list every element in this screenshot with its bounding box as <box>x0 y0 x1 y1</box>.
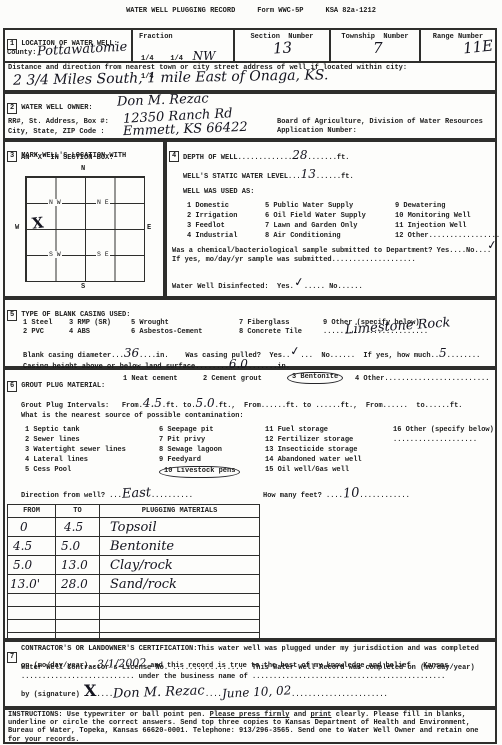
grout-option-4: 4 Other......................... <box>355 375 489 384</box>
county-label: County: <box>7 49 36 58</box>
casing-option: 7 Fiberglass <box>239 319 289 328</box>
plug-to: 28.0 <box>56 577 88 591</box>
grout-intervals-mid: .ft. to. <box>162 402 196 410</box>
how-many-feet-value: 10 <box>342 487 359 500</box>
form-statute: KSA 82a-1212 <box>326 7 376 16</box>
grout-option-1: 1 Neat cement <box>123 375 178 384</box>
casing-option: 2 PVC <box>23 328 44 337</box>
casing-pulled-yes-checkmark: ✓ <box>290 345 301 356</box>
direction-dots: .......... <box>151 492 193 500</box>
static-level-units: ......ft. <box>316 173 354 181</box>
used-as-option: 1 Domestic <box>187 202 265 211</box>
plug-from: 4.5 <box>8 539 32 553</box>
chemical-sample-question: Was a chemical/bacteriological sample su… <box>172 247 491 256</box>
table-row <box>8 607 260 620</box>
casing-pulled-amount-value: 5 <box>439 346 447 360</box>
contamination-option: 8 Sewage lagoon <box>159 446 265 455</box>
section-7-certification: 7 CONTRACTOR'S OR LANDOWNER'S CERTIFICAT… <box>3 640 497 708</box>
certification-line3: Water Well Contractor's License No. ....… <box>21 664 475 673</box>
grout-option-3-circled: 3 Bentonite <box>287 372 343 384</box>
section-6-badge: 6 <box>7 381 17 392</box>
used-as-option: 12 Other................. <box>395 232 500 241</box>
contamination-option-10-circled: 10 Livestock pens <box>159 466 240 478</box>
fraction-cell: Fraction 1/4 1/4 NW 1/4 <box>133 30 235 61</box>
contamination-option: 1 Septic tank <box>25 426 159 435</box>
grout-interval-to-value: 5.0 <box>196 396 215 410</box>
used-as-option: 5 Public Water Supply <box>265 202 395 211</box>
plug-material: Bentonite <box>100 539 174 554</box>
disinfected-no-label: ..... No...... <box>304 283 363 291</box>
county-value: Pottawatomie <box>37 42 128 59</box>
section-7-badge: 7 <box>7 652 17 663</box>
fraction-pre: 1/4 1/4 <box>141 55 183 63</box>
section-number-value: 13 <box>273 41 293 54</box>
casing-option: 4 ABS <box>69 328 90 337</box>
compass-w-label: W <box>15 224 19 233</box>
contamination-title: What is the nearest source of possible c… <box>21 412 244 421</box>
contamination-option: 2 Sewer lines <box>25 436 159 445</box>
contamination-option: 5 Cess Pool <box>25 466 159 478</box>
contamination-option: 15 Oil well/Gas well <box>265 466 393 478</box>
form-title: WATER WELL PLUGGING RECORD <box>126 7 235 16</box>
section-2-badge: 2 <box>7 103 17 114</box>
instructions-underlined-2: print <box>310 711 331 719</box>
instructions-pre: INSTRUCTIONS: Use typewriter or ball poi… <box>8 711 210 719</box>
used-as-option: 10 Monitoring Well <box>395 212 500 221</box>
section-3-title-line2: AN "X" IN SECTION BOX: <box>21 154 113 163</box>
table-row: 4.5 5.0 Bentonite <box>8 537 260 556</box>
signature-label: by (signature) <box>21 691 84 699</box>
grid-ne-label: N E <box>96 199 110 206</box>
table-row <box>8 620 260 633</box>
signature-dots: ....................... <box>291 691 388 699</box>
contamination-list: 1 Septic tank 6 Seepage pit 11 Fuel stor… <box>25 426 491 478</box>
city-state-zip-value: Emmett, KS 66422 <box>123 122 248 138</box>
plug-from: 0 <box>8 520 28 534</box>
sample-date-line: If yes, mo/day/yr sample was submitted..… <box>172 256 416 265</box>
used-as-option: 4 Industrial <box>187 232 265 241</box>
section-5-title: TYPE OF BLANK CASING USED: <box>21 311 130 319</box>
contamination-option: 11 Fuel storage <box>265 426 393 435</box>
grout-intervals-rest: .ft., From......ft. to ......ft., From..… <box>215 402 463 410</box>
how-many-feet-label: How many feet? .... <box>263 492 343 500</box>
compass-n-label: N <box>81 165 85 174</box>
used-as-option: 9 Dewatering <box>395 202 500 211</box>
plug-material: Clay/rock <box>100 558 173 573</box>
plug-material: Topsoil <box>100 520 157 535</box>
section-box-grid: N W N E S W S E X <box>25 176 145 282</box>
depth-units: .......ft. <box>308 154 350 162</box>
section-1-location: 1LOCATION OF WATER WELL: County: Pottawa… <box>3 28 497 92</box>
disinfected-label: Water Well Disinfected: Yes. <box>172 283 294 291</box>
signature-x-mark: X <box>84 681 96 700</box>
used-as-option: 3 Feedlot <box>187 222 265 231</box>
section-3-location-grid: 3MARK WELL'S LOCATION WITH AN "X" IN SEC… <box>3 140 165 298</box>
range-value: 11E <box>462 39 493 54</box>
instructions-text: INSTRUCTIONS: Use typewriter or ball poi… <box>5 710 495 745</box>
section-5-casing: 5TYPE OF BLANK CASING USED: 1 Steel 3 RM… <box>3 298 497 368</box>
plug-from: 13.0' <box>8 577 40 591</box>
grid-sw-label: S W <box>48 251 62 258</box>
contamination-option: 16 Other (specify below) <box>393 426 494 435</box>
board-line1: Board of Agriculture, Division of Water … <box>277 118 483 127</box>
address-label: RR#, St. Address, Box #: <box>8 118 109 127</box>
contamination-option: 4 Lateral lines <box>25 456 159 465</box>
contamination-option: 9 Feedyard <box>159 456 265 465</box>
compass-s-label: S <box>81 283 85 292</box>
section-2-owner: 2WATER WELL OWNER: Don M. Rezac RR#, St.… <box>3 92 497 140</box>
used-as-option: 6 Oil Field Water Supply <box>265 212 395 221</box>
grid-nw-label: N W <box>48 199 62 206</box>
chemical-sample-no-checkmark: ✓ <box>486 239 497 250</box>
scanned-form-page: WATER WELL PLUGGING RECORD Form WWC-5P K… <box>0 0 502 745</box>
signature-value: Don M. Rezac <box>113 685 205 700</box>
range-cell: Range Number 11E <box>421 30 495 61</box>
grout-material-label: GROUT PLUG MATERIAL: <box>21 382 105 390</box>
plugging-table: FROM TO PLUGGING MATERIALS 0 4.5 Topsoil… <box>7 504 260 646</box>
grout-option-2: 2 Cement grout <box>203 375 262 384</box>
plug-to: 4.5 <box>56 520 83 534</box>
plug-from: 5.0 <box>8 558 32 572</box>
plug-to: 13.0 <box>56 558 88 572</box>
section-6-grout-plug: 6GROUT PLUG MATERIAL: 1 Neat cement 2 Ce… <box>3 368 497 640</box>
contamination-option: 12 Fertilizer storage <box>265 436 393 445</box>
casing-option: 6 Asbestos-Cement <box>131 328 202 337</box>
used-as-list: 1 Domestic 5 Public Water Supply 9 Dewat… <box>187 202 487 241</box>
contamination-option <box>393 446 494 455</box>
used-as-option: 8 Air Conditioning <box>265 232 395 241</box>
section-4-badge: 4 <box>169 151 179 162</box>
depth-value: 28 <box>292 148 307 162</box>
application-number-label: Application Number: <box>277 127 357 136</box>
plugging-table-header-to: TO <box>56 505 100 518</box>
casing-option: 5 Wrought <box>131 319 169 328</box>
instructions-box: INSTRUCTIONS: Use typewriter or ball poi… <box>3 708 497 744</box>
fraction-label: Fraction <box>139 33 173 42</box>
disinfected-yes-checkmark: ✓ <box>293 276 304 287</box>
plug-material: Sand/rock <box>100 577 177 592</box>
distance-value: 2 3/4 Miles South, 1 mile East of Onaga,… <box>13 69 329 87</box>
plug-to: 5.0 <box>56 539 80 553</box>
casing-pulled-amount-dots: ........ <box>447 352 481 360</box>
contamination-option: 3 Watertight sewer lines <box>25 446 159 455</box>
used-as-option: 2 Irrigation <box>187 212 265 221</box>
contamination-option: 14 Abandoned water well <box>265 456 393 465</box>
contamination-option: 13 Insecticide storage <box>265 446 393 455</box>
city-state-zip-label: City, State, ZIP Code : <box>8 128 105 137</box>
location-cell: 1LOCATION OF WATER WELL: County: Pottawa… <box>5 30 133 61</box>
instructions-mid: and <box>289 711 310 719</box>
direction-from-well-value: East <box>122 487 152 501</box>
owner-label: WATER WELL OWNER: <box>21 104 92 112</box>
contamination-option: 7 Pit privy <box>159 436 265 445</box>
depth-label: DEPTH OF WELL............. <box>183 154 292 162</box>
used-as-title: WELL WAS USED AS: <box>183 188 254 197</box>
contamination-option <box>393 466 494 478</box>
plugging-table-header-materials: PLUGGING MATERIALS <box>100 505 260 518</box>
certification-line1: CONTRACTOR'S OR LANDOWNER'S CERTIFICATIO… <box>21 645 479 654</box>
direction-from-well-label: Direction from well? ... <box>21 492 122 500</box>
table-row <box>8 594 260 607</box>
fraction-handwritten: NW <box>193 49 216 63</box>
section-number-cell: Section Number 13 <box>235 30 331 61</box>
grid-se-label: S E <box>96 251 110 258</box>
form-title-row: WATER WELL PLUGGING RECORD Form WWC-5P K… <box>0 7 502 16</box>
township-cell: Township Number 7 <box>331 30 421 61</box>
used-as-option: 11 Injection Well <box>395 222 500 231</box>
how-many-feet-dots: ............ <box>359 492 409 500</box>
section-3-badge: 3 <box>7 151 17 162</box>
used-as-option: 7 Lawn and Garden Only <box>265 222 395 231</box>
casing-option: 8 Concrete Tile <box>239 328 302 337</box>
casing-option: 1 Steel <box>23 319 52 328</box>
township-value: 7 <box>373 42 383 54</box>
table-row: 5.0 13.0 Clay/rock <box>8 556 260 575</box>
instructions-underlined-1: Please press firmly <box>210 711 290 719</box>
contamination-other-dots: .................... <box>393 436 494 445</box>
table-row: 13.0' 28.0 Sand/rock <box>8 575 260 594</box>
casing-option: 3 RMP (SR) <box>69 319 111 328</box>
compass-e-label: E <box>147 224 151 233</box>
well-location-x-mark: X <box>31 216 44 229</box>
static-level-value: 13 <box>301 167 316 181</box>
distance-row: Distance and direction from nearest town… <box>5 63 495 92</box>
plugging-table-header-from: FROM <box>8 505 56 518</box>
contamination-option <box>393 456 494 465</box>
grout-interval-from-value: 4.5 <box>143 396 162 410</box>
casing-pulled-no-label: ... No...... If yes, how much.. <box>300 352 439 360</box>
form-number: Form WWC-5P <box>257 7 303 16</box>
grout-intervals-label: Grout Plug Intervals: From. <box>21 402 143 410</box>
contamination-option: 6 Seepage pit <box>159 426 265 435</box>
section-4-well-details: 4 DEPTH OF WELL.............28.......ft.… <box>165 140 497 298</box>
owner-value: Don M. Rezac <box>117 93 209 108</box>
static-level-label: WELL'S STATIC WATER LEVEL... <box>183 173 301 181</box>
table-row: 0 4.5 Topsoil <box>8 518 260 537</box>
section-5-badge: 5 <box>7 310 17 321</box>
signature-date-value: June 10, 02 <box>221 684 291 700</box>
